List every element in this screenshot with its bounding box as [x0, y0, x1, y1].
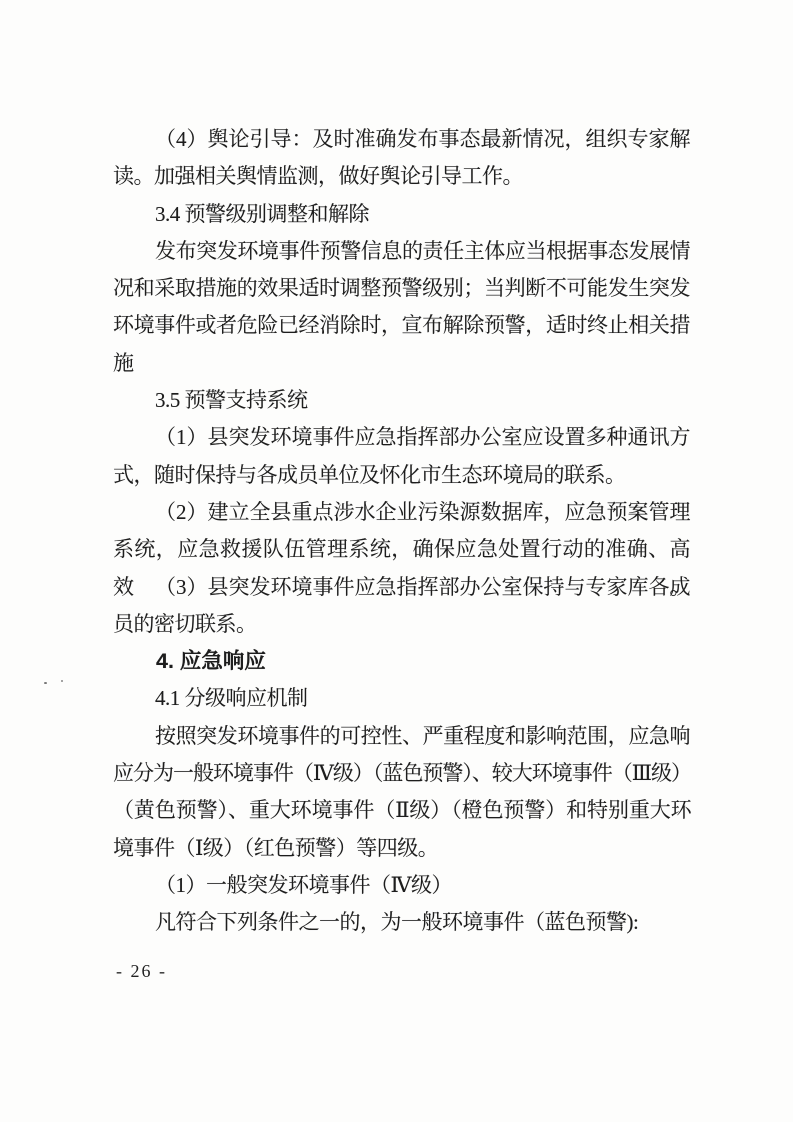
text-line: 系统，应急救援队伍管理系统，确保应急处置行动的准确、高效。: [113, 531, 690, 568]
text-line: 环境事件或者危险已经消除时，宣布解除预警，适时终止相关措: [113, 307, 690, 344]
section-heading-4: 4. 应急响应: [113, 643, 690, 680]
scan-speck: [44, 682, 47, 684]
text-line: 式，随时保持与各成员单位及怀化市生态环境局的联系。: [113, 457, 690, 494]
document-body: （4）舆论引导：及时准确发布事态最新情况，组织专家解 读。加强相关舆情监测，做好…: [113, 121, 690, 942]
text-line: （2）建立全县重点涉水企业污染源数据库，应急预案管理: [113, 494, 690, 531]
section-heading-3-5: 3.5 预警支持系统: [113, 382, 690, 419]
text-line: 施: [113, 345, 690, 382]
scan-speck: [61, 680, 63, 682]
text-line: 境事件（Ⅰ级）（红色预警）等四级。: [113, 830, 690, 867]
text-line: 应分为一般环境事件（Ⅳ级）（蓝色预警）、较大环境事件（Ⅲ级）: [113, 755, 690, 792]
text-line: 读。加强相关舆情监测，做好舆论引导工作。: [113, 158, 690, 195]
text-line: （1）一般突发环境事件（Ⅳ级）: [113, 867, 690, 904]
text-line: 按照突发环境事件的可控性、严重程度和影响范围，应急响: [113, 718, 690, 755]
text-line: 况和采取措施的效果适时调整预警级别；当判断不可能发生突发: [113, 270, 690, 307]
text-line: （黄色预警）、重大环境事件（Ⅱ级）（橙色预警）和特别重大环: [113, 792, 690, 829]
page-number: - 26 -: [116, 961, 167, 982]
text-line: （1）县突发环境事件应急指挥部办公室应设置多种通讯方: [113, 419, 690, 456]
text-line: 发布突发环境事件预警信息的责任主体应当根据事态发展情: [113, 233, 690, 270]
text-line: （4）舆论引导：及时准确发布事态最新情况，组织专家解: [113, 121, 690, 158]
section-heading-3-4: 3.4 预警级别调整和解除: [113, 196, 690, 233]
text-line: （3）县突发环境事件应急指挥部办公室保持与专家库各成: [113, 569, 690, 606]
text-line: 员的密切联系。: [113, 606, 690, 643]
section-heading-4-1: 4.1 分级响应机制: [113, 680, 690, 717]
document-page: （4）舆论引导：及时准确发布事态最新情况，组织专家解 读。加强相关舆情监测，做好…: [0, 0, 793, 1122]
text-line: 凡符合下列条件之一的，为一般环境事件（蓝色预警):: [113, 904, 690, 941]
